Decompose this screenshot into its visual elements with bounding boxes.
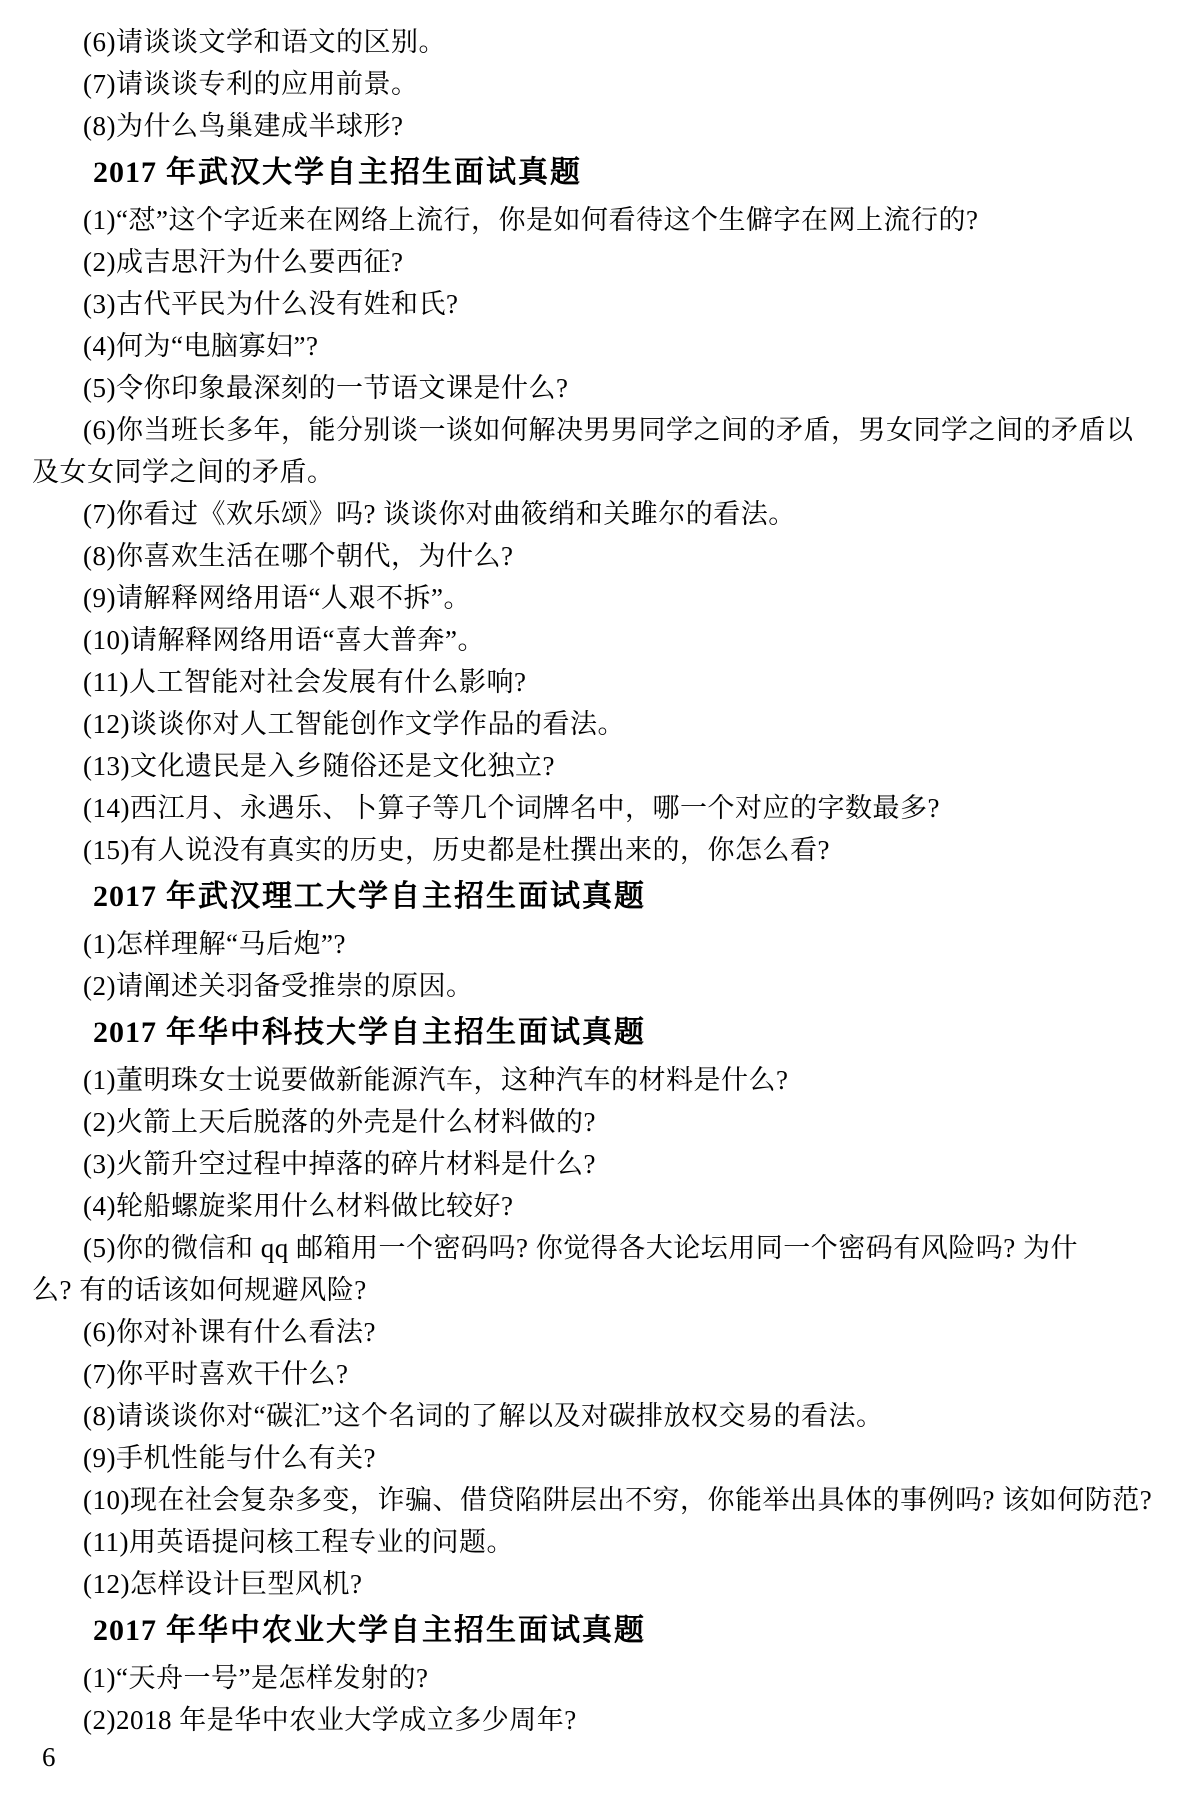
heading-year: 2017	[93, 1016, 157, 1049]
question-line: (10)请解释网络用语“喜大普奔”。	[83, 619, 1186, 661]
question-line: (5)令你印象最深刻的一节语文课是什么?	[83, 367, 1186, 409]
question-line: (1)“天舟一号”是怎样发射的?	[83, 1657, 1186, 1699]
question-line: (10)现在社会复杂多变，诈骗、借贷陷阱层出不穷，你能举出具体的事例吗? 该如何…	[83, 1479, 1186, 1521]
question-line: (6)请谈谈文学和语文的区别。	[83, 21, 1186, 63]
heading-year: 2017	[93, 156, 157, 189]
heading-year: 2017	[93, 1614, 157, 1647]
question-line: (4)轮船螺旋桨用什么材料做比较好?	[83, 1185, 1186, 1227]
question-line: (2)请阐述关羽备受推崇的原因。	[83, 965, 1186, 1007]
question-line: (11)人工智能对社会发展有什么影响?	[83, 661, 1186, 703]
question-line: (15)有人说没有真实的历史，历史都是杜撰出来的，你怎么看?	[83, 829, 1186, 871]
heading-title: 年武汉理工大学自主招生面试真题	[166, 880, 646, 913]
question-line: (1)董明珠女士说要做新能源汽车，这种汽车的材料是什么?	[83, 1059, 1186, 1101]
question-line: (1)“怼”这个字近来在网络上流行，你是如何看待这个生僻字在网上流行的?	[83, 199, 1186, 241]
question-line: (2)火箭上天后脱落的外壳是什么材料做的?	[83, 1101, 1186, 1143]
heading-year: 2017	[93, 880, 157, 913]
section-heading: 2017年华中农业大学自主招生面试真题	[93, 1610, 1186, 1652]
question-line: (8)为什么鸟巢建成半球形?	[83, 105, 1186, 147]
question-line: (7)你平时喜欢干什么?	[83, 1353, 1186, 1395]
question-line: (2)成吉思汗为什么要西征?	[83, 241, 1186, 283]
section-heading: 2017年武汉大学自主招生面试真题	[93, 152, 1186, 194]
question-line: (3)古代平民为什么没有姓和氏?	[83, 283, 1186, 325]
section-heading: 2017年武汉理工大学自主招生面试真题	[93, 876, 1186, 918]
heading-title: 年武汉大学自主招生面试真题	[166, 156, 582, 189]
question-line: (9)手机性能与什么有关?	[83, 1437, 1186, 1479]
page-number: 6	[42, 1736, 56, 1778]
question-line: (11)用英语提问核工程专业的问题。	[83, 1521, 1186, 1563]
question-line: (2)2018 年是华中农业大学成立多少周年?	[83, 1699, 1186, 1741]
question-line: (8)你喜欢生活在哪个朝代，为什么?	[83, 535, 1186, 577]
question-line: (13)文化遗民是入乡随俗还是文化独立?	[83, 745, 1186, 787]
question-line: (4)何为“电脑寡妇”?	[83, 325, 1186, 367]
question-line: (12)怎样设计巨型风机?	[83, 1563, 1186, 1605]
question-line: (14)西江月、永遇乐、卜算子等几个词牌名中，哪一个对应的字数最多?	[83, 787, 1186, 829]
heading-title: 年华中科技大学自主招生面试真题	[166, 1016, 646, 1049]
question-line: (6)你对补课有什么看法?	[83, 1311, 1186, 1353]
question-line: (7)请谈谈专利的应用前景。	[83, 63, 1186, 105]
question-line: (7)你看过《欢乐颂》吗? 谈谈你对曲筱绡和关雎尔的看法。	[83, 493, 1186, 535]
section-heading: 2017年华中科技大学自主招生面试真题	[93, 1012, 1186, 1054]
question-line: (8)请谈谈你对“碳汇”这个名词的了解以及对碳排放权交易的看法。	[83, 1395, 1186, 1437]
document-page: (6)请谈谈文学和语文的区别。 (7)请谈谈专利的应用前景。 (8)为什么鸟巢建…	[0, 0, 1186, 1800]
question-line: (12)谈谈你对人工智能创作文学作品的看法。	[83, 703, 1186, 745]
question-line: 及女女同学之间的矛盾。	[32, 451, 1186, 493]
question-line: (3)火箭升空过程中掉落的碎片材料是什么?	[83, 1143, 1186, 1185]
question-line: (6)你当班长多年，能分别谈一谈如何解决男男同学之间的矛盾，男女同学之间的矛盾以	[83, 409, 1186, 451]
heading-title: 年华中农业大学自主招生面试真题	[166, 1614, 646, 1647]
question-line: 么? 有的话该如何规避风险?	[32, 1269, 1186, 1311]
question-line: (1)怎样理解“马后炮”?	[83, 923, 1186, 965]
questions-content: (6)请谈谈文学和语文的区别。 (7)请谈谈专利的应用前景。 (8)为什么鸟巢建…	[0, 0, 1186, 1741]
question-line: (5)你的微信和 qq 邮箱用一个密码吗? 你觉得各大论坛用同一个密码有风险吗?…	[83, 1227, 1186, 1269]
question-line: (9)请解释网络用语“人艰不拆”。	[83, 577, 1186, 619]
